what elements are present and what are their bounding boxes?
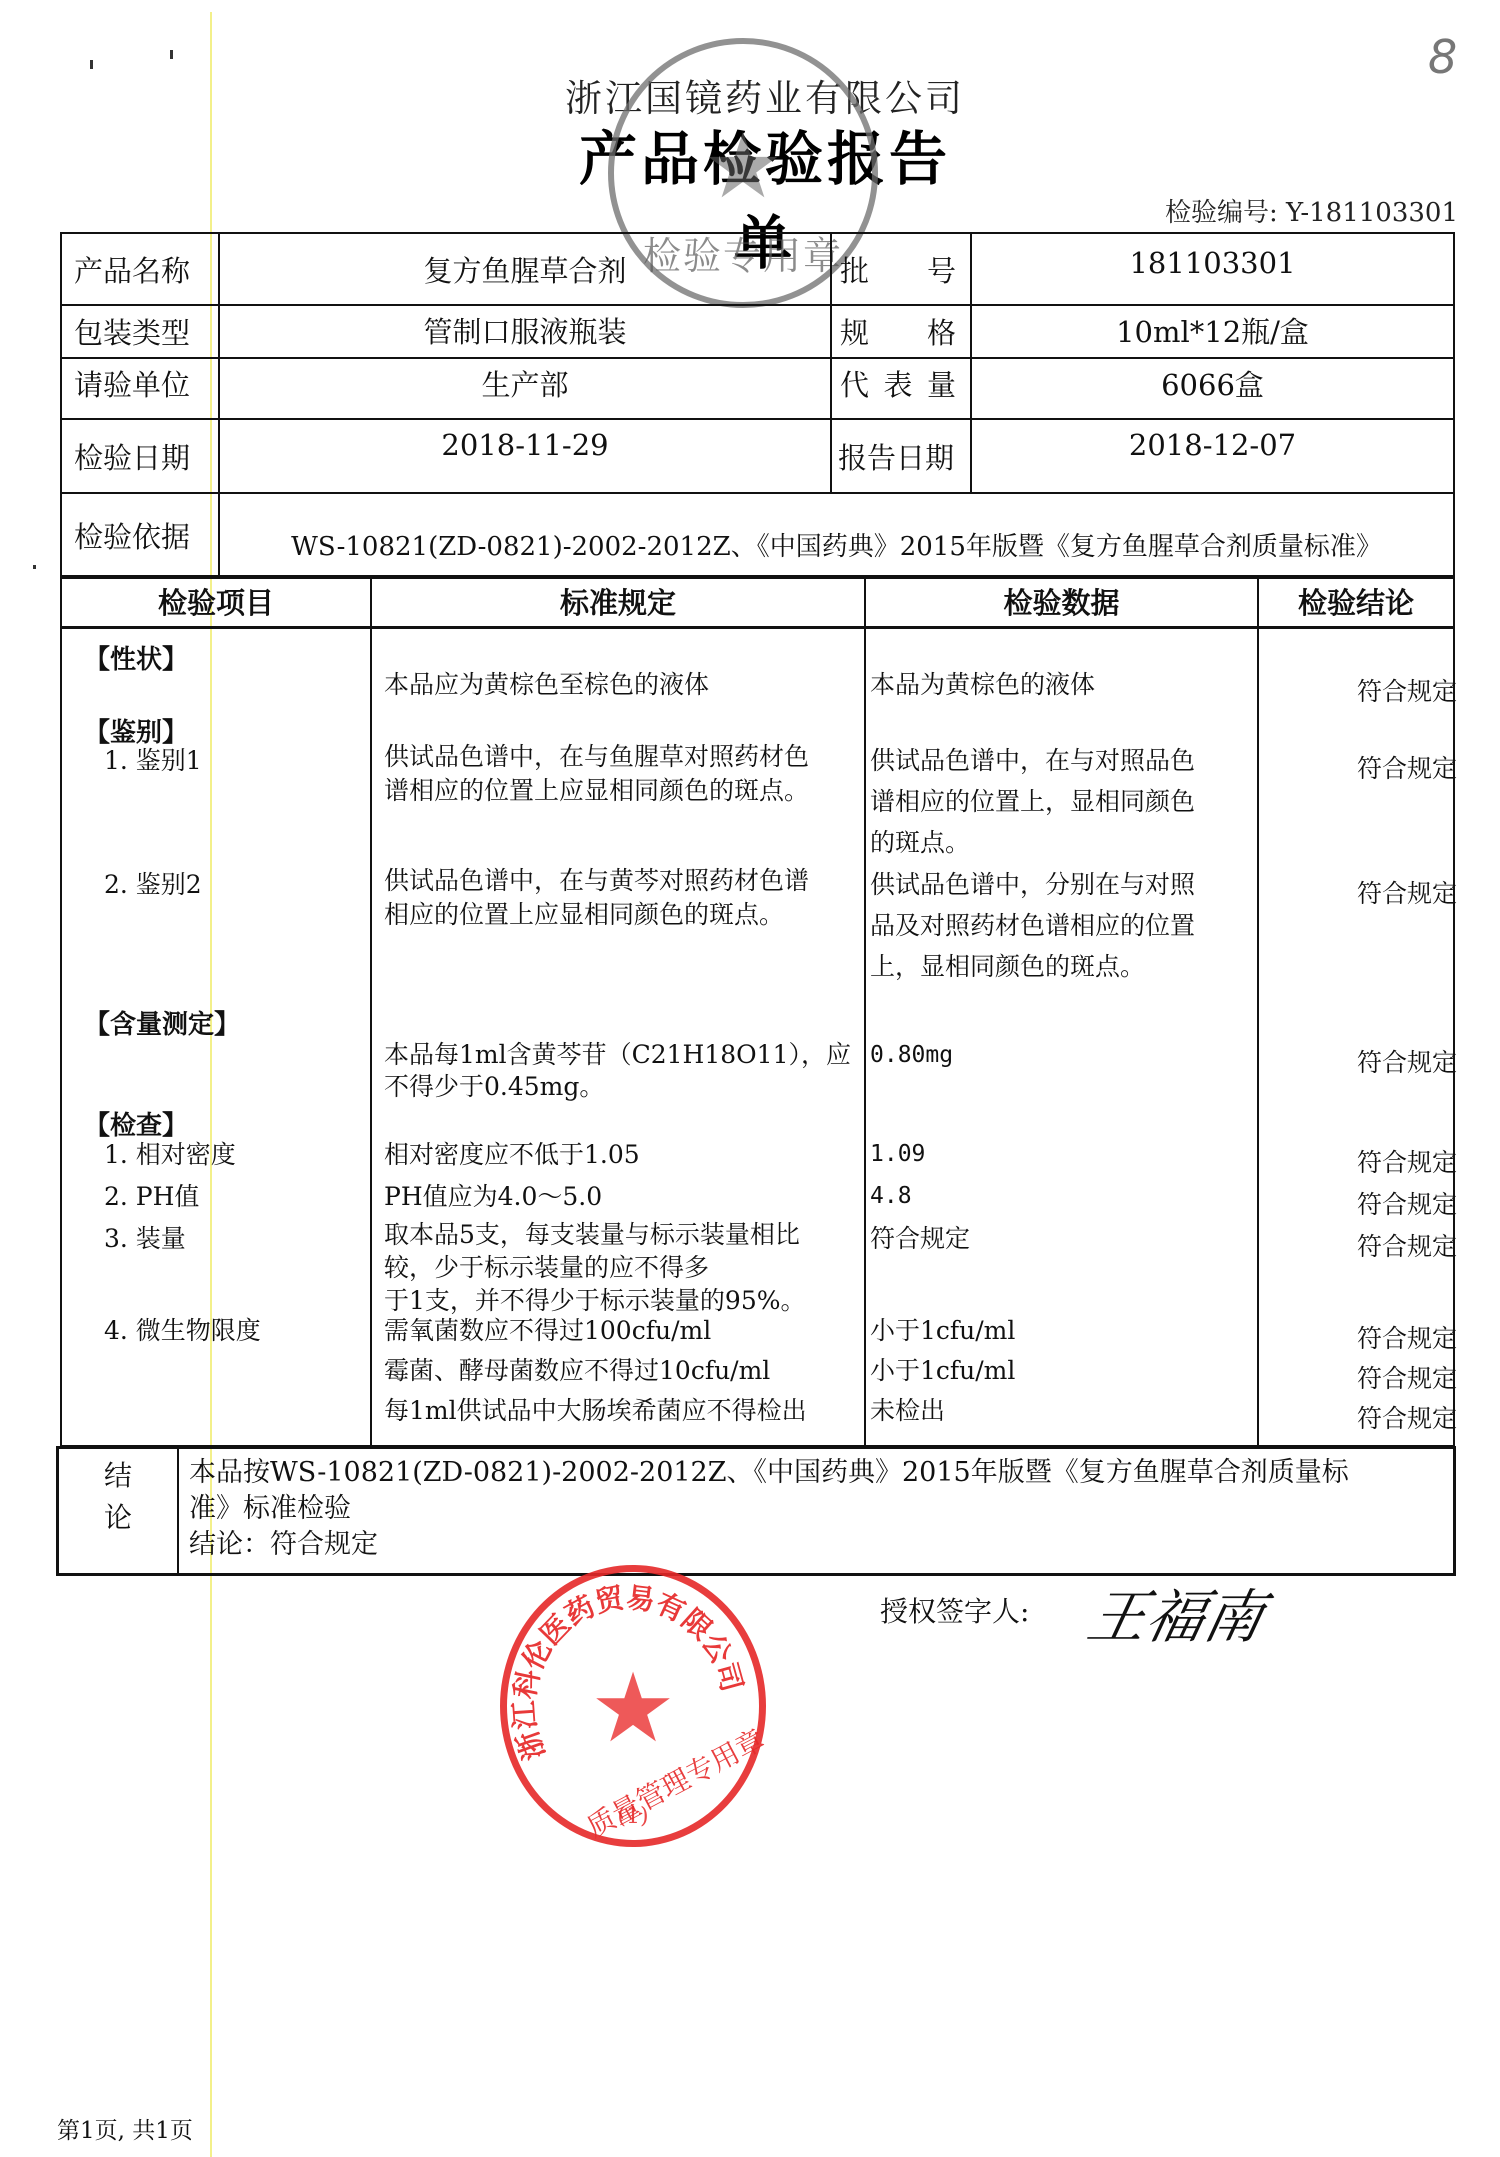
result-appearance: 符合规定 — [1357, 672, 1457, 708]
quality-management-stamp: 浙江科伦医药贸易有限公司 ★ 质量管理专用章 (1) — [500, 1565, 766, 1847]
item-identification-1: 1. 鉴别1 — [104, 740, 202, 781]
column-header-result: 检验结论 — [1259, 577, 1453, 629]
column-header-item: 检验项目 — [62, 577, 370, 629]
result-mold-yeast: 符合规定 — [1357, 1359, 1457, 1395]
batch-label: 批号 — [832, 234, 972, 306]
spec-label: 规格 — [832, 306, 972, 359]
data-identification-1: 供试品色谱中，在与对照品色谱相应的位置上，显相同颜色的斑点。 — [870, 740, 1195, 863]
requester-value: 生产部 — [220, 359, 832, 420]
report-number-label: 检验编号: — [1165, 198, 1278, 228]
report-date-value: 2018-12-07 — [972, 420, 1453, 494]
result-relative-density: 符合规定 — [1357, 1143, 1457, 1179]
data-fill-volume: 符合规定 — [870, 1218, 970, 1259]
column-header-data: 检验数据 — [866, 577, 1257, 629]
standard-e-coli: 每1ml供试品中大肠埃希菌应不得检出 — [384, 1390, 807, 1431]
inspection-items-table: 检验项目 标准规定 检验数据 检验结论 【性状】 【鉴别】 【含量测定】 【检查… — [60, 575, 1455, 1448]
conclusion-text: 本品按WS-10821(ZD-0821)-2002-2012Z、《中国药典》20… — [189, 1455, 1429, 1563]
data-aerobic-count: 小于1cfu/ml — [870, 1310, 1015, 1351]
data-appearance: 本品为黄棕色的液体 — [870, 664, 1095, 705]
report-number-value: Y-181103301 — [1286, 198, 1458, 228]
inspection-date-value: 2018-11-29 — [220, 420, 832, 494]
basis-value: WS-10821(ZD-0821)-2002-2012Z、《中国药典》2015年… — [220, 494, 1453, 579]
result-identification-2: 符合规定 — [1357, 874, 1457, 910]
product-name-label: 产品名称 — [62, 234, 220, 306]
scan-speck — [90, 60, 93, 69]
data-identification-2: 供试品色谱中，分别在与对照品及对照药材色谱相应的位置上，显相同颜色的斑点。 — [870, 864, 1195, 987]
product-name-value: 复方鱼腥草合剂 — [220, 234, 832, 306]
standard-fill-volume: 取本品5支，每支装量与标示装量相比较，少于标示装量的应不得多于1支，并不得少于标… — [384, 1218, 805, 1317]
report-number: 检验编号: Y-181103301 — [1165, 192, 1458, 229]
result-ph: 符合规定 — [1357, 1185, 1457, 1221]
standard-relative-density: 相对密度应不低于1.05 — [384, 1134, 640, 1175]
requester-label: 请验单位 — [62, 359, 220, 420]
data-mold-yeast: 小于1cfu/ml — [870, 1350, 1015, 1391]
standard-ph: PH值应为4.0～5.0 — [384, 1176, 602, 1217]
handwritten-signature: 王福南 — [1081, 1570, 1273, 1654]
standard-assay: 本品每1ml含黄芩苷（C21H18O11），应不得少于0.45mg。 — [384, 1039, 851, 1103]
data-e-coli: 未检出 — [870, 1390, 945, 1431]
product-info-table: 产品名称 复方鱼腥草合剂 批号 181103301 包装类型 管制口服液瓶装 规… — [60, 232, 1455, 577]
report-date-label: 报告日期 — [832, 420, 972, 494]
package-value: 管制口服液瓶装 — [220, 306, 832, 359]
data-assay: 0.80mg — [870, 1039, 953, 1071]
column-divider — [1257, 577, 1259, 1445]
handwritten-page-mark: 8 — [1428, 30, 1457, 84]
conclusion-box: 结论 本品按WS-10821(ZD-0821)-2002-2012Z、《中国药典… — [56, 1446, 1456, 1576]
page-footer: 第1页, 共1页 — [57, 2112, 193, 2145]
quantity-label: 代表量 — [832, 359, 972, 420]
quantity-value: 6066盒 — [972, 359, 1453, 420]
standard-appearance: 本品应为黄棕色至棕色的液体 — [384, 664, 709, 705]
basis-label: 检验依据 — [62, 494, 220, 579]
result-assay: 符合规定 — [1357, 1043, 1457, 1079]
column-divider — [370, 577, 372, 1445]
section-assay: 【含量测定】 — [84, 1004, 240, 1041]
conclusion-label: 结论 — [59, 1449, 179, 1573]
authorized-signer-label: 授权签字人: — [880, 1590, 1029, 1630]
result-aerobic-count: 符合规定 — [1357, 1319, 1457, 1355]
standard-identification-1: 供试品色谱中，在与鱼腥草对照药材色谱相应的位置上应显相同颜色的斑点。 — [384, 740, 809, 808]
standard-identification-2: 供试品色谱中，在与黄芩对照药材色谱相应的位置上应显相同颜色的斑点。 — [384, 864, 809, 932]
result-fill-volume: 符合规定 — [1357, 1227, 1457, 1263]
data-ph: 4.8 — [870, 1176, 912, 1217]
item-identification-2: 2. 鉴别2 — [104, 864, 202, 905]
spec-value: 10ml*12瓶/盒 — [972, 306, 1453, 359]
section-appearance: 【性状】 — [84, 639, 188, 676]
scan-speck — [170, 50, 173, 59]
column-header-standard: 标准规定 — [372, 577, 864, 629]
item-microbial-limit: 4. 微生物限度 — [104, 1310, 261, 1351]
standard-aerobic-count: 需氧菌数应不得过100cfu/ml — [384, 1310, 711, 1351]
standard-mold-yeast: 霉菌、酵母菌数应不得过10cfu/ml — [384, 1350, 770, 1391]
data-relative-density: 1.09 — [870, 1134, 925, 1175]
item-fill-volume: 3. 装量 — [104, 1218, 186, 1259]
result-identification-1: 符合规定 — [1357, 749, 1457, 785]
seal-star-icon: ★ — [614, 114, 872, 219]
inspection-date-label: 检验日期 — [62, 420, 220, 494]
scan-speck — [33, 565, 36, 569]
batch-value: 181103301 — [972, 234, 1453, 306]
column-divider — [864, 577, 866, 1445]
package-label: 包装类型 — [62, 306, 220, 359]
item-ph: 2. PH值 — [104, 1176, 199, 1217]
item-relative-density: 1. 相对密度 — [104, 1134, 236, 1175]
stamp-number: (1) — [507, 1804, 759, 1829]
result-e-coli: 符合规定 — [1357, 1399, 1457, 1435]
